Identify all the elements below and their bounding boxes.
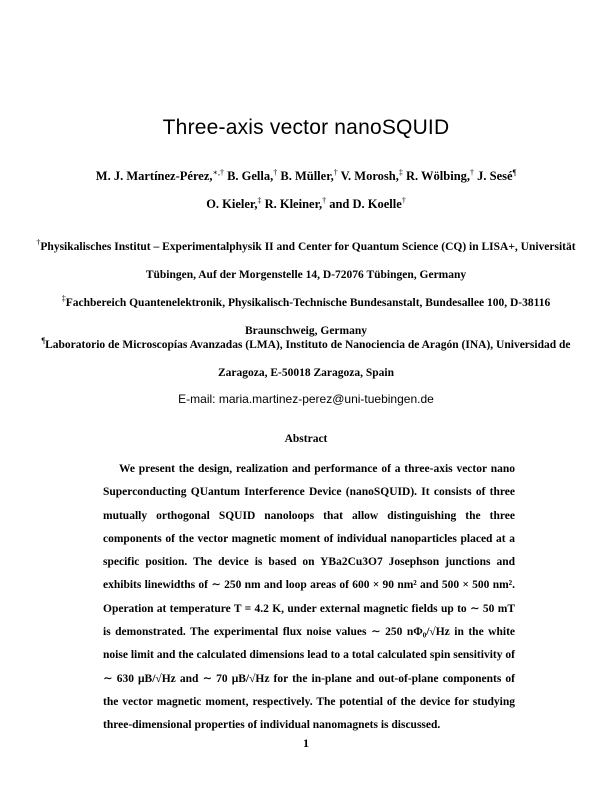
paper-page: Three-axis vector nanoSQUID M. J. Martín…	[0, 0, 612, 792]
abstract-body: We present the design, realization and p…	[103, 458, 515, 738]
author-list-line-1: M. J. Martínez-Pérez,∗,† B. Gella,† B. M…	[40, 168, 572, 184]
author: J. Sesé	[477, 169, 512, 183]
author-mark: †	[322, 196, 326, 205]
author-mark: ‡	[399, 168, 403, 177]
affiliation-text: Physikalisches Institut – Experimentalph…	[40, 241, 575, 281]
author-mark: ‡	[257, 196, 261, 205]
affiliation: ¶Laboratorio de Microscopías Avanzadas (…	[36, 327, 576, 387]
author: M. J. Martínez-Pérez,	[96, 169, 213, 183]
author: R. Kleiner,	[265, 197, 323, 211]
author: V. Morosh,	[341, 169, 399, 183]
author-mark: †	[470, 168, 474, 177]
affiliation: †Physikalisches Institut – Experimentalp…	[36, 229, 576, 289]
author-mark: †	[334, 168, 338, 177]
abstract-heading: Abstract	[0, 433, 612, 445]
author: O. Kieler,	[206, 197, 257, 211]
author: R. Wölbing,	[406, 169, 470, 183]
author-mark: †	[273, 168, 277, 177]
paper-title: Three-axis vector nanoSQUID	[0, 116, 612, 140]
author-mark: ¶	[513, 168, 517, 177]
author: B. Müller,	[280, 169, 333, 183]
author-list-line-2: O. Kieler,‡ R. Kleiner,† and D. Koelle†	[40, 196, 572, 212]
author-mark: ∗,†	[213, 168, 224, 177]
author: and D. Koelle	[329, 197, 402, 211]
page-number: 1	[0, 736, 612, 751]
affiliation-text: Laboratorio de Microscopías Avanzadas (L…	[45, 339, 570, 379]
author-mark: †	[402, 196, 406, 205]
corresponding-email: E-mail: maria.martinez-perez@uni-tuebing…	[0, 392, 612, 406]
author: B. Gella,	[227, 169, 273, 183]
